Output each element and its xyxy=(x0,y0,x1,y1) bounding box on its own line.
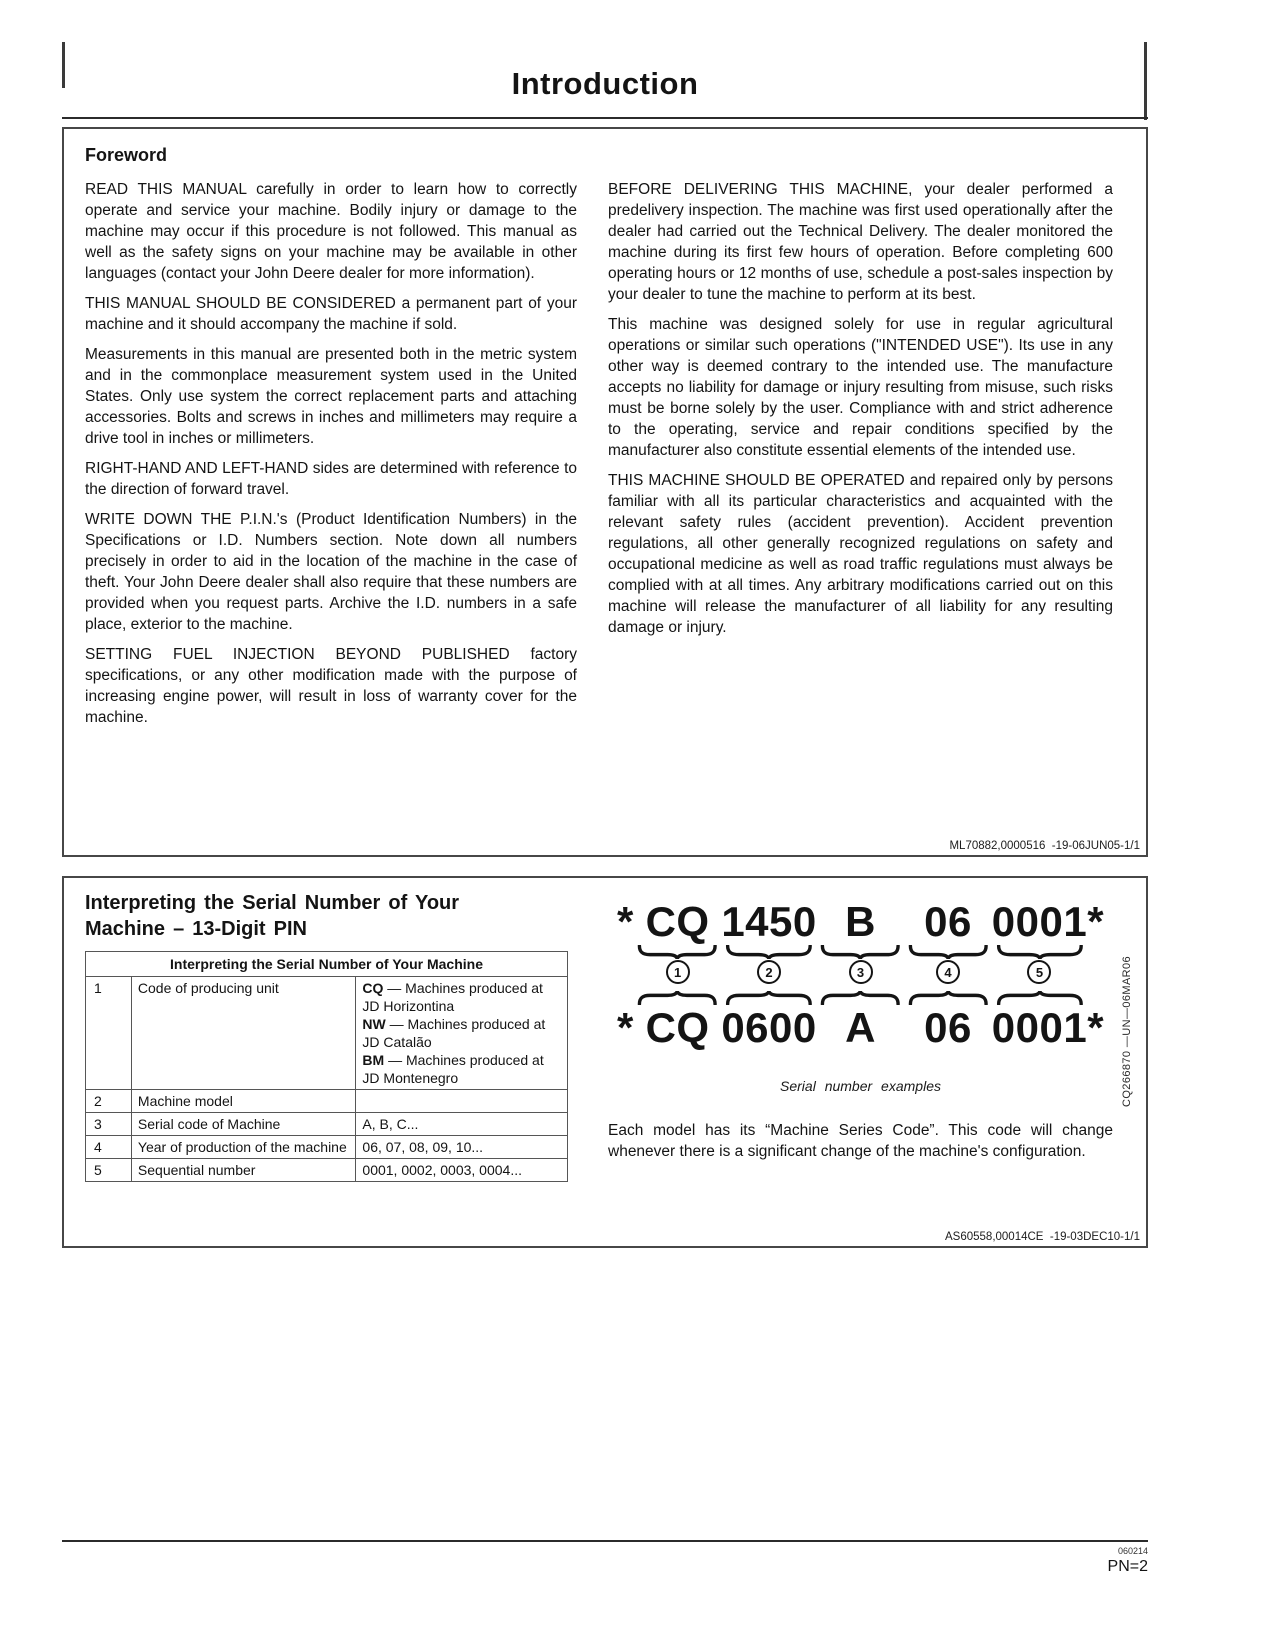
brace-cell xyxy=(721,944,816,960)
brace-under-icon xyxy=(996,945,1084,959)
serial-heading: Interpreting the Serial Number of YourMa… xyxy=(85,890,585,942)
page-title: Introduction xyxy=(62,66,1148,102)
manual-page: Introduction Foreword READ THIS MANUAL c… xyxy=(0,0,1275,1650)
foreword-section: Foreword READ THIS MANUAL carefully in o… xyxy=(62,127,1148,857)
brace-over-icon xyxy=(725,991,813,1005)
brace-over-icon xyxy=(908,991,989,1005)
serial-table: Interpreting the Serial Number of Your M… xyxy=(85,951,568,1182)
foreword-paragraph: WRITE DOWN THE P.I.N.'s (Product Identif… xyxy=(85,509,577,635)
marker-circle: 2 xyxy=(757,960,781,984)
brace-cell xyxy=(817,944,905,960)
brace-over-icon xyxy=(637,991,718,1005)
serial-segment: 1450 xyxy=(721,900,816,944)
serial-example-bottom: * CQ 0600 A 06 0001 * xyxy=(617,1006,1104,1050)
serial-segment: 0600 xyxy=(721,1006,816,1050)
foreword-paragraph: This machine was designed solely for use… xyxy=(608,314,1113,461)
marker-cell: 1 xyxy=(634,960,722,990)
foreword-left-column: READ THIS MANUAL carefully in order to l… xyxy=(85,179,577,728)
foreword-paragraph: SETTING FUEL INJECTION BEYOND PUBLISHED … xyxy=(85,644,577,728)
cell-value: CQ — Machines produced at JD Horizontina… xyxy=(356,977,568,1090)
foreword-heading: Foreword xyxy=(85,145,1146,166)
asterisk: * xyxy=(1087,1006,1104,1050)
brace-over-icon xyxy=(996,991,1084,1005)
table-header: Interpreting the Serial Number of Your M… xyxy=(86,952,568,977)
figure-code-vertical: CQ266870 —UN—06MAR06 xyxy=(1121,924,1133,1139)
cell-num: 3 xyxy=(86,1113,132,1136)
marker-cell: 3 xyxy=(817,960,905,990)
cell-num: 1 xyxy=(86,977,132,1090)
cell-value: 06, 07, 08, 09, 10... xyxy=(356,1136,568,1159)
serial-segment: A xyxy=(817,1006,905,1050)
marker-circle: 1 xyxy=(666,960,690,984)
cell-label: Code of producing unit xyxy=(131,977,356,1090)
unit-text: — Machines produced at xyxy=(383,980,543,996)
unit-code: NW xyxy=(362,1016,385,1032)
cell-value xyxy=(356,1090,568,1113)
table-row: 3 Serial code of Machine A, B, C... xyxy=(86,1113,568,1136)
cell-num: 4 xyxy=(86,1136,132,1159)
cell-num: 2 xyxy=(86,1090,132,1113)
brace-under-icon xyxy=(908,945,989,959)
serial-example-top: * CQ 1450 B 06 0001 * xyxy=(617,900,1104,944)
series-code-paragraph: Each model has its “Machine Series Code”… xyxy=(608,1120,1113,1162)
serial-section-right: * CQ 1450 B 06 0001 * xyxy=(608,900,1113,1162)
asterisk: * xyxy=(1087,900,1104,944)
unit-location: JD Montenegro xyxy=(362,1069,561,1087)
footer-rule xyxy=(62,1540,1148,1542)
foreword-paragraph: RIGHT-HAND AND LEFT-HAND sides are deter… xyxy=(85,458,577,500)
doc-code-foreword: ML70882,0000516 -19-06JUN05-1/1 xyxy=(949,840,1140,852)
marker-cell: 5 xyxy=(992,960,1087,990)
brace-under-icon xyxy=(637,945,718,959)
serial-number-section: Interpreting the Serial Number of YourMa… xyxy=(62,876,1148,1248)
brace-cell xyxy=(904,944,992,960)
unit-code: CQ xyxy=(362,980,383,996)
foreword-right-column: BEFORE DELIVERING THIS MACHINE, your dea… xyxy=(608,179,1113,728)
table-row: 2 Machine model xyxy=(86,1090,568,1113)
producing-unit-entry: NW — Machines produced at xyxy=(362,1015,561,1033)
foreword-paragraph: READ THIS MANUAL carefully in order to l… xyxy=(85,179,577,284)
producing-unit-entry: BM — Machines produced at xyxy=(362,1051,561,1069)
cell-value: A, B, C... xyxy=(356,1113,568,1136)
serial-segment: 0001 xyxy=(992,1006,1087,1050)
serial-segment: 06 xyxy=(904,1006,992,1050)
figure-caption: Serial number examples xyxy=(608,1078,1113,1094)
serial-figure: * CQ 1450 B 06 0001 * xyxy=(617,900,1104,1050)
foreword-paragraph: Measurements in this manual are presente… xyxy=(85,344,577,449)
unit-location: JD Horizontina xyxy=(362,997,561,1015)
cell-label: Sequential number xyxy=(131,1159,356,1182)
marker-cell: 4 xyxy=(904,960,992,990)
doc-code-serial: AS60558,00014CE -19-03DEC10-1/1 xyxy=(945,1231,1140,1243)
spacer xyxy=(617,960,634,990)
serial-segment: CQ xyxy=(634,1006,722,1050)
asterisk: * xyxy=(617,900,634,944)
spacer xyxy=(1087,944,1104,960)
marker-circle: 3 xyxy=(849,960,873,984)
serial-heading-line: Interpreting the Serial Number of Your xyxy=(85,892,459,914)
cell-value: 0001, 0002, 0003, 0004... xyxy=(356,1159,568,1182)
foreword-paragraph: THIS MANUAL SHOULD BE CONSIDERED a perma… xyxy=(85,293,577,335)
spacer xyxy=(1087,960,1104,990)
marker-row: 1 2 3 4 5 xyxy=(617,960,1104,990)
foreword-paragraph: THIS MACHINE SHOULD BE OPERATED and repa… xyxy=(608,470,1113,638)
table-row: 5 Sequential number 0001, 0002, 0003, 00… xyxy=(86,1159,568,1182)
serial-segment: 06 xyxy=(904,900,992,944)
cell-num: 5 xyxy=(86,1159,132,1182)
brace-under-icon xyxy=(725,945,813,959)
serial-segment: B xyxy=(817,900,905,944)
brace-cell xyxy=(992,944,1087,960)
table-header-row: Interpreting the Serial Number of Your M… xyxy=(86,952,568,977)
unit-text: — Machines produced at xyxy=(386,1016,546,1032)
serial-segment: CQ xyxy=(634,900,722,944)
table-row: 1 Code of producing unit CQ — Machines p… xyxy=(86,977,568,1090)
brace-under-icon xyxy=(820,945,901,959)
producing-unit-entry: CQ — Machines produced at xyxy=(362,979,561,997)
serial-segment: 0001 xyxy=(992,900,1087,944)
footer-code: 060214 xyxy=(1118,1546,1148,1556)
marker-circle: 4 xyxy=(936,960,960,984)
foreword-columns: READ THIS MANUAL carefully in order to l… xyxy=(85,179,1146,728)
brace-cell xyxy=(634,944,722,960)
table-row: 4 Year of production of the machine 06, … xyxy=(86,1136,568,1159)
cell-label: Machine model xyxy=(131,1090,356,1113)
serial-section-left: Interpreting the Serial Number of YourMa… xyxy=(85,890,585,1182)
serial-heading-line: Machine – 13-Digit PIN xyxy=(85,918,307,940)
brace-over-icon xyxy=(820,991,901,1005)
cell-label: Serial code of Machine xyxy=(131,1113,356,1136)
foreword-paragraph: BEFORE DELIVERING THIS MACHINE, your dea… xyxy=(608,179,1113,305)
spacer xyxy=(617,944,634,960)
unit-location: JD Catalão xyxy=(362,1033,561,1051)
title-rule xyxy=(62,117,1148,119)
cell-label: Year of production of the machine xyxy=(131,1136,356,1159)
marker-circle: 5 xyxy=(1027,960,1051,984)
unit-code: BM xyxy=(362,1052,384,1068)
asterisk: * xyxy=(617,1006,634,1050)
underbrace-row xyxy=(617,944,1104,960)
marker-cell: 2 xyxy=(721,960,816,990)
unit-text: — Machines produced at xyxy=(384,1052,544,1068)
footer-page-number: PN=2 xyxy=(1108,1558,1148,1576)
